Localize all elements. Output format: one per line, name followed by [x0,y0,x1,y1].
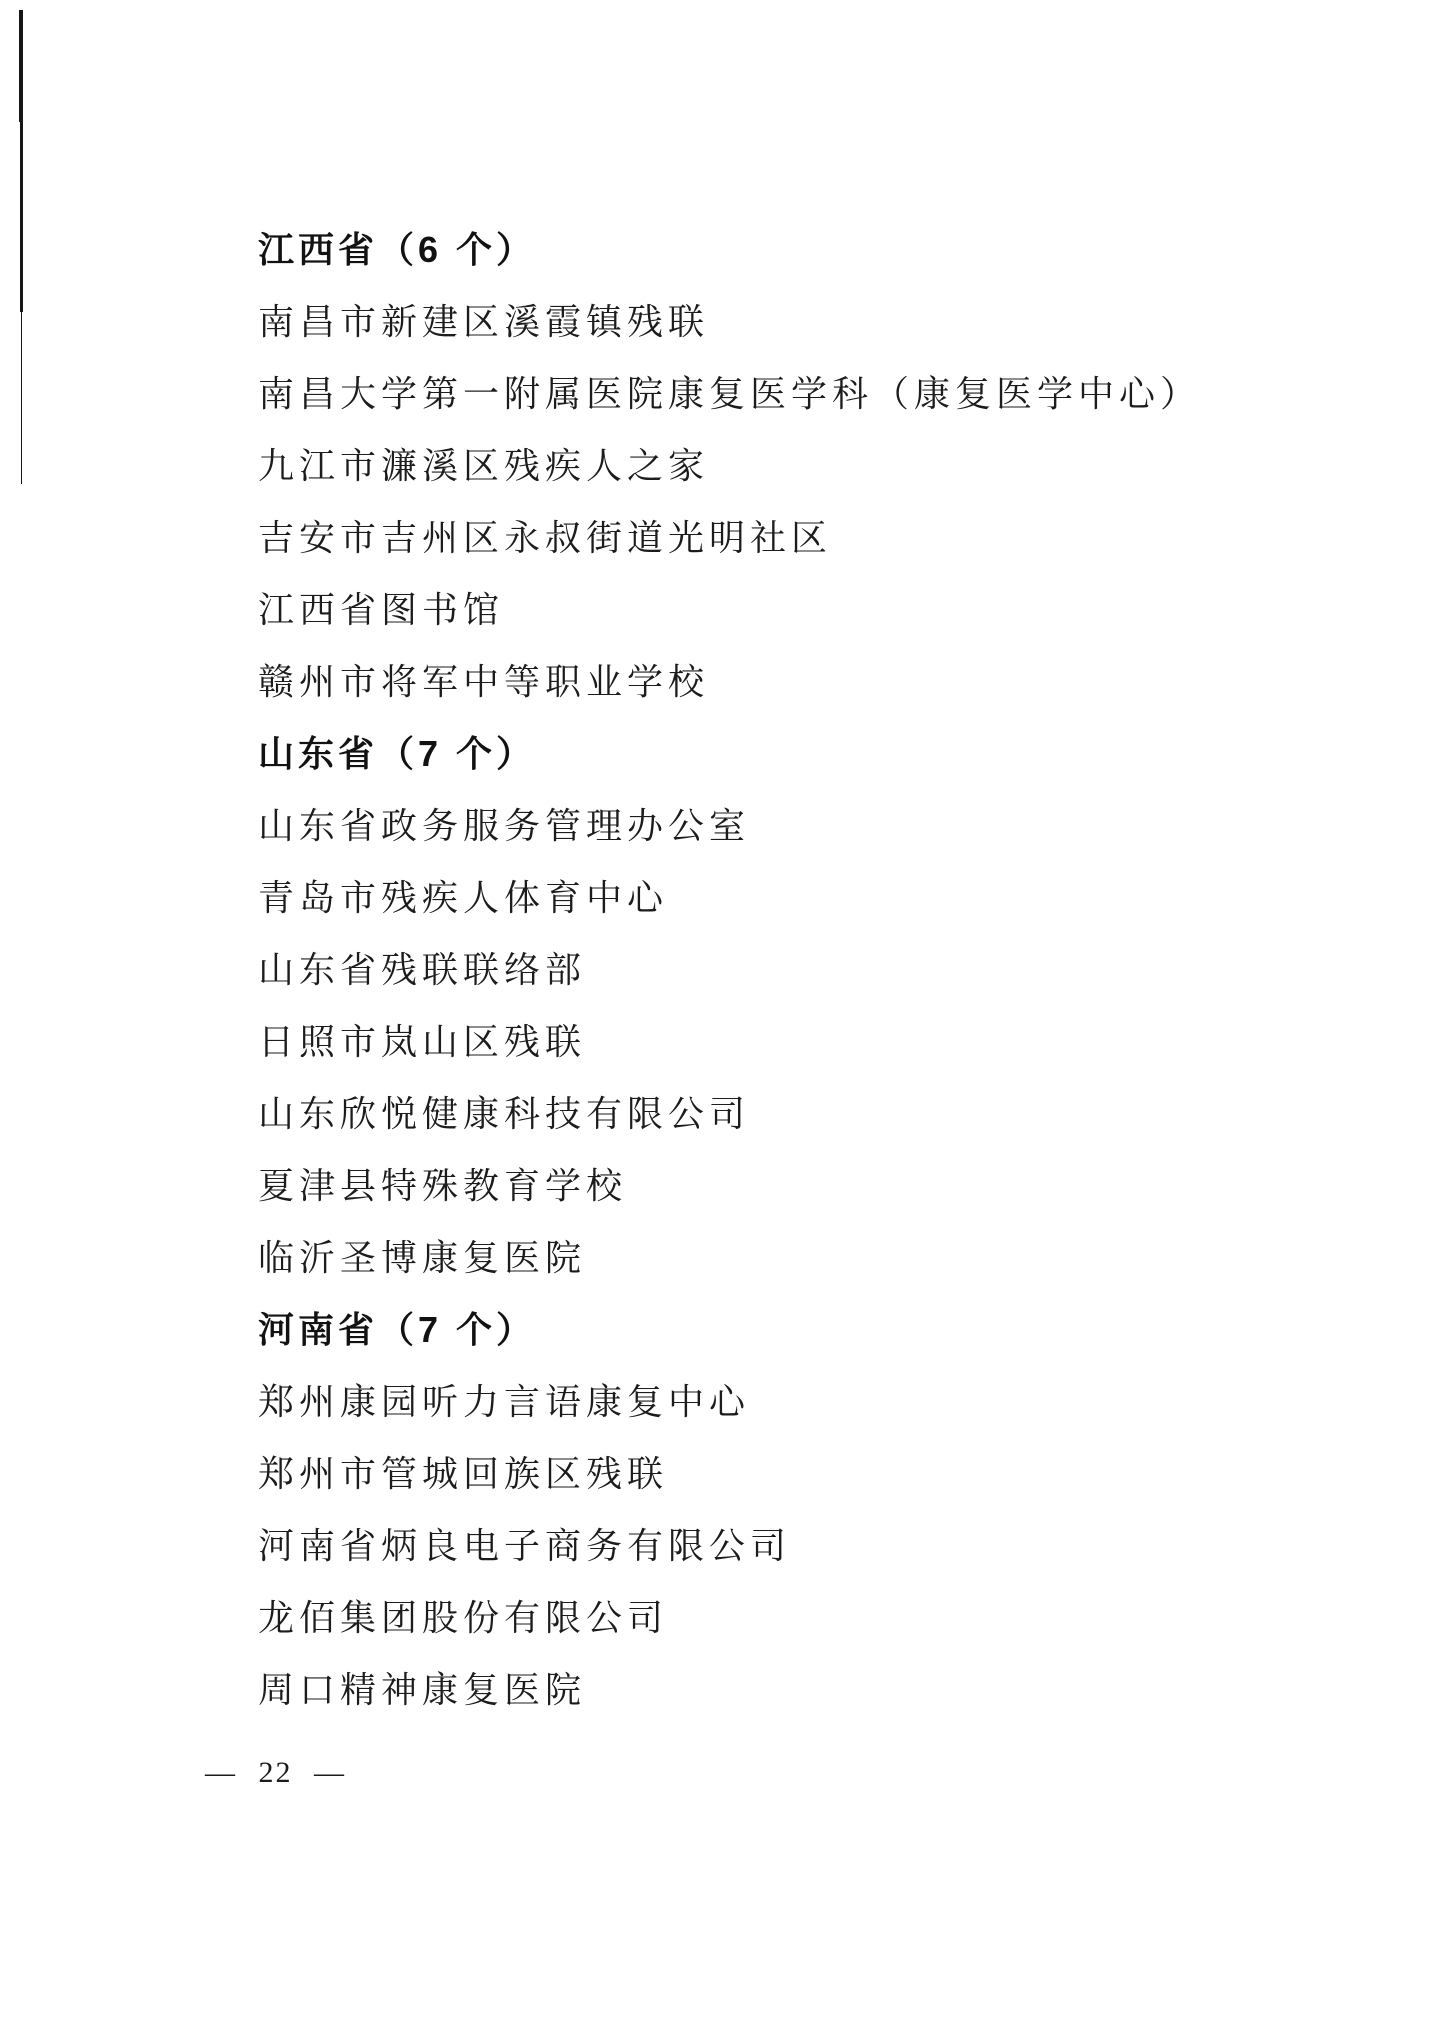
org-list-item: 山东欣悦健康科技有限公司 [258,1078,1201,1150]
org-list-item: 九江市濂溪区残疾人之家 [258,430,1201,502]
org-list-item: 赣州市将军中等职业学校 [258,646,1201,718]
page-number: — 22 — [205,1755,346,1791]
left-margin-scan-line [19,10,23,122]
document-body: 江西省（6 个）南昌市新建区溪霞镇残联南昌大学第一附属医院康复医学科（康复医学中… [258,214,1201,1726]
org-list-item: 龙佰集团股份有限公司 [258,1582,1201,1654]
org-list-item: 河南省炳良电子商务有限公司 [258,1510,1201,1582]
org-list-item: 山东省政务服务管理办公室 [258,790,1201,862]
province-heading: 河南省（7 个） [258,1294,1201,1366]
org-list-item: 南昌市新建区溪霞镇残联 [258,286,1201,358]
province-heading: 山东省（7 个） [258,718,1201,790]
org-list-item: 临沂圣博康复医院 [258,1222,1201,1294]
org-list-item: 山东省残联联络部 [258,934,1201,1006]
org-list-item: 郑州市管城回族区残联 [258,1438,1201,1510]
org-list-item: 日照市岚山区残联 [258,1006,1201,1078]
org-list-item: 郑州康园听力言语康复中心 [258,1366,1201,1438]
org-list-item: 江西省图书馆 [258,574,1201,646]
org-list-item: 吉安市吉州区永叔街道光明社区 [258,502,1201,574]
org-list-item: 周口精神康复医院 [258,1654,1201,1726]
document-page: 江西省（6 个）南昌市新建区溪霞镇残联南昌大学第一附属医院康复医学科（康复医学中… [0,0,1440,2036]
province-heading: 江西省（6 个） [258,214,1201,286]
left-margin-scan-line [20,122,23,312]
left-margin-scan-line [21,312,22,484]
org-list-item: 青岛市残疾人体育中心 [258,862,1201,934]
org-list-item: 南昌大学第一附属医院康复医学科（康复医学中心） [258,358,1201,430]
org-list-item: 夏津县特殊教育学校 [258,1150,1201,1222]
